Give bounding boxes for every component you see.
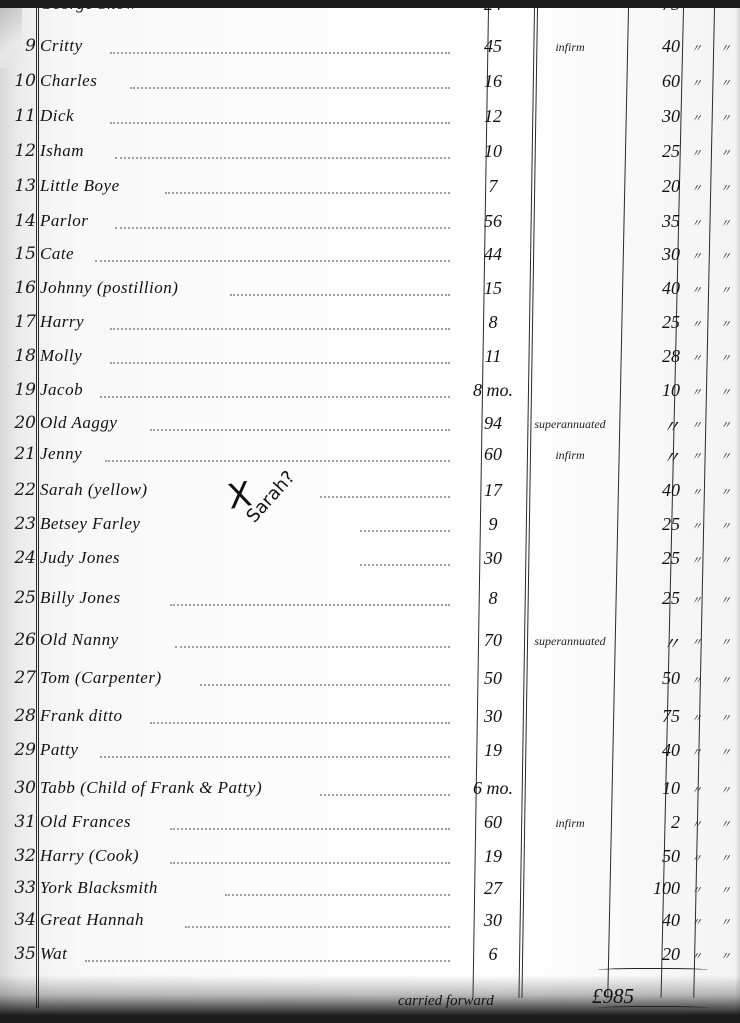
row-number: 35: [2, 944, 36, 964]
row-number: 26: [2, 630, 36, 650]
person-value: 25: [610, 514, 680, 535]
row-number: 32: [2, 846, 36, 866]
row-number: 21: [2, 444, 36, 464]
row-number: 30: [2, 778, 36, 798]
person-value: 10: [610, 380, 680, 401]
ditto-shillings: 〃: [691, 110, 702, 126]
row-number: 24: [2, 548, 36, 568]
person-name: Jacob: [40, 380, 83, 400]
person-value: 75: [610, 8, 680, 15]
person-name: Molly: [40, 346, 82, 366]
person-name: Patty: [40, 740, 78, 760]
person-value: 28: [610, 346, 680, 367]
person-value: 60: [610, 71, 680, 92]
ditto-pence: 〃: [720, 180, 731, 196]
leader-dots: [100, 754, 450, 758]
ditto-pence: 〃: [720, 816, 731, 832]
person-name: Great Hannah: [40, 910, 144, 930]
row-number: 28: [2, 706, 36, 726]
person-age: 16: [458, 71, 528, 92]
leader-dots: [200, 682, 450, 686]
leader-dots: [150, 720, 450, 724]
ditto-shillings: 〃: [691, 634, 702, 650]
person-name: Harry (Cook): [40, 846, 139, 866]
ditto-shillings: 〃: [691, 816, 702, 832]
person-value: 75: [610, 706, 680, 727]
ledger-row: 32Harry (Cook)1950〃〃: [0, 846, 740, 880]
row-number: 25: [2, 588, 36, 608]
person-value: 10: [610, 778, 680, 799]
ditto-pence: 〃: [720, 350, 731, 366]
person-value: 50: [610, 668, 680, 689]
person-name: Little Boye: [40, 176, 120, 196]
ledger-row: 20Old Aaggy94superannuated〃〃〃: [0, 413, 740, 447]
leader-dots: [85, 958, 450, 962]
ditto-pence: 〃: [720, 592, 731, 608]
ditto-pence: 〃: [720, 248, 731, 264]
ditto-shillings: 〃: [691, 75, 702, 91]
person-value: 40: [610, 278, 680, 299]
ditto-shillings: 〃: [691, 145, 702, 161]
person-age: 7: [458, 176, 528, 197]
ledger-row: 30Tabb (Child of Frank & Patty)6 mo.10〃〃: [0, 778, 740, 812]
ditto-pence: 〃: [720, 110, 731, 126]
ditto-shillings: 〃: [691, 282, 702, 298]
ditto-pence: 〃: [720, 484, 731, 500]
person-age: 10: [458, 141, 528, 162]
row-number: 14: [2, 211, 36, 231]
person-name: Jenny: [40, 444, 82, 464]
person-condition: infirm: [515, 816, 625, 831]
row-number: 10: [2, 71, 36, 91]
leader-dots: [230, 292, 450, 296]
ditto-pence: 〃: [720, 40, 731, 56]
person-value: 40: [610, 740, 680, 761]
person-age: 30: [458, 706, 528, 727]
row-number: 19: [2, 380, 36, 400]
person-name: Frank ditto: [40, 706, 122, 726]
ditto-shillings: 〃: [691, 882, 702, 898]
ledger-row: 25Billy Jones825〃〃: [0, 588, 740, 622]
ledger-row: 9Critty45infirm40〃〃: [0, 36, 740, 70]
leader-dots: [170, 826, 450, 830]
leader-dots: [225, 892, 450, 896]
carried-forward-label: carried forward: [398, 993, 494, 1010]
ditto-shillings: 〃: [691, 248, 702, 264]
person-age: 6 mo.: [458, 778, 528, 799]
person-name: Old Aaggy: [40, 413, 117, 433]
person-name: York Blacksmith: [40, 878, 158, 898]
person-name: Old Nanny: [40, 630, 119, 650]
ditto-pence: 〃: [720, 552, 731, 568]
ledger-row: 14Parlor5635〃〃: [0, 211, 740, 245]
person-value: 20: [610, 944, 680, 965]
leader-dots: [165, 190, 450, 194]
ledger-row: 18Molly1128〃〃: [0, 346, 740, 380]
person-name: Betsey Farley: [40, 514, 140, 534]
ditto-shillings: 〃: [691, 914, 702, 930]
leader-dots: [110, 326, 450, 330]
leader-dots: [110, 360, 450, 364]
person-name: Johnny (postillion): [40, 278, 178, 298]
ledger-row: 27Tom (Carpenter)5050〃〃: [0, 668, 740, 702]
ledger-row: 31Old Frances60infirm2〃〃: [0, 812, 740, 846]
person-value: 40: [610, 910, 680, 931]
ditto-shillings: 〃: [691, 552, 702, 568]
person-value: 20: [610, 176, 680, 197]
ditto-shillings: 〃: [691, 744, 702, 760]
row-number: 12: [2, 141, 36, 161]
ditto-pence: 〃: [720, 145, 731, 161]
row-number: 22: [2, 480, 36, 500]
row-number: 15: [2, 244, 36, 264]
ditto-shillings: 〃: [691, 350, 702, 366]
ledger-row: 33York Blacksmith27100〃〃: [0, 878, 740, 912]
person-condition: infirm: [515, 40, 625, 55]
person-value: 25: [610, 312, 680, 333]
leader-dots: [360, 562, 450, 566]
person-name: Tabb (Child of Frank & Patty): [40, 778, 262, 798]
ditto-pence: 〃: [720, 384, 731, 400]
person-condition: superannuated: [515, 634, 625, 649]
ledger-row: 24Judy Jones3025〃〃: [0, 548, 740, 582]
row-number: 34: [2, 910, 36, 930]
viewer-bottom-bar: [0, 1015, 740, 1023]
person-age: 44: [458, 244, 528, 265]
ledger-row: 29Patty1940〃〃: [0, 740, 740, 774]
person-age: 8 mo.: [458, 380, 528, 401]
person-age: 15: [458, 278, 528, 299]
person-age: 17: [458, 480, 528, 501]
ditto-shillings: 〃: [691, 592, 702, 608]
row-number: 23: [2, 514, 36, 534]
person-age: 12: [458, 106, 528, 127]
person-value: 30: [610, 106, 680, 127]
person-name: Tom (Carpenter): [40, 668, 162, 688]
ledger-row: 21Jenny60infirm〃〃〃: [0, 444, 740, 478]
person-age: 6: [458, 944, 528, 965]
person-age: 30: [458, 548, 528, 569]
leader-dots: [105, 458, 450, 462]
person-name: George Snow: [40, 8, 137, 14]
person-name: Old Frances: [40, 812, 131, 832]
total-amount: 985: [603, 984, 635, 1008]
ditto-pence: 〃: [720, 518, 731, 534]
ditto-pence: 〃: [720, 417, 731, 433]
viewer-top-bar: [0, 0, 740, 8]
leader-dots: [100, 394, 450, 398]
ditto-shillings: 〃: [691, 417, 702, 433]
person-age: 56: [458, 211, 528, 232]
leader-dots: [320, 792, 450, 796]
ledger-row: 12Isham1025〃〃: [0, 141, 740, 175]
ditto-pence: 〃: [720, 882, 731, 898]
person-value: 40: [610, 480, 680, 501]
ledger-row: 23Betsey Farley925〃〃: [0, 514, 740, 548]
ditto-pence: 〃: [720, 782, 731, 798]
person-value: 25: [610, 548, 680, 569]
ledger-row: 13Little Boye720〃〃: [0, 176, 740, 210]
person-age: 8: [458, 588, 528, 609]
ditto-pence: 〃: [720, 744, 731, 760]
ditto-shillings: 〃: [691, 850, 702, 866]
ditto-pence: 〃: [720, 75, 731, 91]
leader-dots: [110, 120, 450, 124]
ledger-row: 22Sarah (yellow)1740〃〃: [0, 480, 740, 514]
person-age: 24: [458, 8, 528, 15]
person-value: 35: [610, 211, 680, 232]
person-age: 30: [458, 910, 528, 931]
person-name: Parlor: [40, 211, 88, 231]
ledger-row: 11Dick1230〃〃: [0, 106, 740, 140]
person-name: Isham: [40, 141, 84, 161]
ledger-page: George Snow 24 75 9Critty45infirm40〃〃 10…: [0, 8, 740, 1015]
ditto-pence: 〃: [720, 672, 731, 688]
ditto-pence: 〃: [720, 850, 731, 866]
ditto-shillings: 〃: [691, 710, 702, 726]
person-value: 25: [610, 588, 680, 609]
leader-dots: [170, 602, 450, 606]
ditto-shillings: 〃: [691, 672, 702, 688]
leader-dots: [130, 85, 450, 89]
person-name: Charles: [40, 71, 97, 91]
ledger-row: 28Frank ditto3075〃〃: [0, 706, 740, 740]
total-rule-bottom: [598, 1006, 708, 1011]
ditto-shillings: 〃: [691, 518, 702, 534]
pound-sign: £: [592, 984, 603, 1008]
person-value: 50: [610, 846, 680, 867]
ledger-row: 34Great Hannah3040〃〃: [0, 910, 740, 944]
leader-dots: [115, 155, 450, 159]
ledger-row: 16Johnny (postillion)1540〃〃: [0, 278, 740, 312]
total-rule-top: [598, 968, 708, 973]
person-name: Sarah (yellow): [40, 480, 148, 500]
ditto-shillings: 〃: [691, 782, 702, 798]
person-condition: superannuated: [515, 417, 625, 432]
person-age: 11: [458, 346, 528, 367]
person-value: 〃: [610, 630, 680, 656]
ledger-row: 26Old Nanny70superannuated〃〃〃: [0, 630, 740, 664]
ditto-shillings: 〃: [691, 316, 702, 332]
row-number: 18: [2, 346, 36, 366]
row-number: 9: [2, 36, 36, 56]
person-age: 8: [458, 312, 528, 333]
ledger-row: 15Cate4430〃〃: [0, 244, 740, 278]
person-condition: infirm: [515, 448, 625, 463]
row-number: 27: [2, 668, 36, 688]
ditto-pence: 〃: [720, 948, 731, 964]
person-name: Dick: [40, 106, 74, 126]
person-name: Judy Jones: [40, 548, 120, 568]
leader-dots: [170, 860, 450, 864]
person-name: Cate: [40, 244, 74, 264]
ditto-shillings: 〃: [691, 484, 702, 500]
person-name: Billy Jones: [40, 588, 121, 608]
ledger-row-partial: George Snow 24 75: [0, 8, 740, 28]
row-number: 13: [2, 176, 36, 196]
ditto-pence: 〃: [720, 282, 731, 298]
leader-dots: [360, 528, 450, 532]
person-name: Wat: [40, 944, 67, 964]
ditto-shillings: 〃: [691, 40, 702, 56]
ditto-shillings: 〃: [691, 948, 702, 964]
leader-dots: [110, 50, 450, 54]
row-number: 29: [2, 740, 36, 760]
ditto-pence: 〃: [720, 316, 731, 332]
ledger-row: 19Jacob8 mo.10〃〃: [0, 380, 740, 414]
row-number: 31: [2, 812, 36, 832]
leader-dots: [150, 427, 450, 431]
person-value: 40: [610, 36, 680, 57]
leader-dots: [115, 225, 450, 229]
person-name: Critty: [40, 36, 83, 56]
ledger-row: 17Harry825〃〃: [0, 312, 740, 346]
person-age: 19: [458, 740, 528, 761]
leader-dots: [175, 644, 450, 648]
row-number: 16: [2, 278, 36, 298]
person-age: 50: [458, 668, 528, 689]
ditto-shillings: 〃: [691, 180, 702, 196]
person-value: 30: [610, 244, 680, 265]
row-number: 17: [2, 312, 36, 332]
ditto-pence: 〃: [720, 448, 731, 464]
ditto-pence: 〃: [720, 710, 731, 726]
person-age: 9: [458, 514, 528, 535]
person-value: 2: [610, 812, 680, 833]
ditto-pence: 〃: [720, 215, 731, 231]
ditto-shillings: 〃: [691, 384, 702, 400]
row-number: 11: [2, 106, 36, 126]
leader-dots: [185, 924, 450, 928]
person-age: 27: [458, 878, 528, 899]
ledger-row: 10Charles1660〃〃: [0, 71, 740, 105]
ditto-pence: 〃: [720, 634, 731, 650]
person-age: 19: [458, 846, 528, 867]
row-number: 33: [2, 878, 36, 898]
person-value: 〃: [610, 413, 680, 439]
leader-dots: [95, 258, 450, 262]
ditto-shillings: 〃: [691, 448, 702, 464]
person-name: Harry: [40, 312, 84, 332]
ditto-pence: 〃: [720, 914, 731, 930]
person-value: 〃: [610, 444, 680, 470]
person-value: 100: [610, 878, 680, 899]
ditto-shillings: 〃: [691, 215, 702, 231]
person-value: 25: [610, 141, 680, 162]
row-number: 20: [2, 413, 36, 433]
leader-dots: [320, 494, 450, 498]
